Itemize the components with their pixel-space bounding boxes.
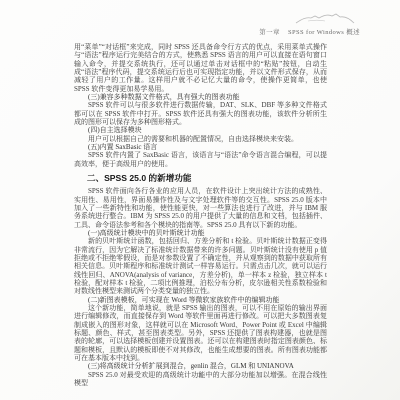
chapter-number: 第一章	[259, 29, 280, 36]
paragraph: 用户可以根据自己的需要和机器的配置情况，自由选择模块来安装。	[74, 135, 327, 143]
page-body: 用“菜单”“对话框”来完成，同时 SPSS 还具备命令行方式的优点，采用菜单式操…	[74, 43, 327, 387]
chapter-title: SPSS for Windows 概述	[288, 29, 360, 36]
section-heading: (四)自主选择模块	[74, 126, 327, 134]
chapter-section-title: 二、SPSS 25.0 的新增功能	[74, 173, 327, 183]
section-heading: (一)高级统计模块中的贝叶斯统计功能	[74, 229, 327, 237]
mountain-sketch-icon	[294, 12, 356, 26]
paragraph: SPSS 软件可以与很多软件进行数据传输，DAT、SLK、DBF 等多种文件格式…	[74, 101, 327, 126]
paragraph: 用“菜单”“对话框”来完成，同时 SPSS 还具备命令行方式的优点，采用菜单式操…	[74, 43, 327, 93]
running-header: 第一章SPSS for Windows 概述	[259, 27, 360, 36]
paragraph: 这个新功能，简单地说，就是 SPSS 输出的图表，可以不用在原始的输出界面进行编…	[74, 304, 327, 362]
paragraph: SPSS 软件内置了 SaxBasic 语言，该语言与“语法”命令语言混合编程，…	[74, 151, 327, 168]
page-number: 2	[0, 372, 400, 379]
section-heading: (二)新图表模板，可实现在 Word 等微软家族软件中的编辑功能	[74, 296, 327, 304]
book-page: 第一章SPSS for Windows 概述 用“菜单”“对话框”来完成，同时 …	[0, 0, 400, 400]
paragraph: 新的贝叶斯统计函数，包括回归、方差分析和 t 检验。贝叶斯统计数据正变得非常流行…	[74, 237, 327, 295]
section-heading: (三)将高级统计分析扩展到混合，genlin 混合，GLM 和 UNIANOVA	[74, 362, 327, 370]
paragraph: SPSS 软件面向各行各业的应用人员，在软件设计上突出统计方法的成熟性、实用性、…	[74, 187, 327, 229]
